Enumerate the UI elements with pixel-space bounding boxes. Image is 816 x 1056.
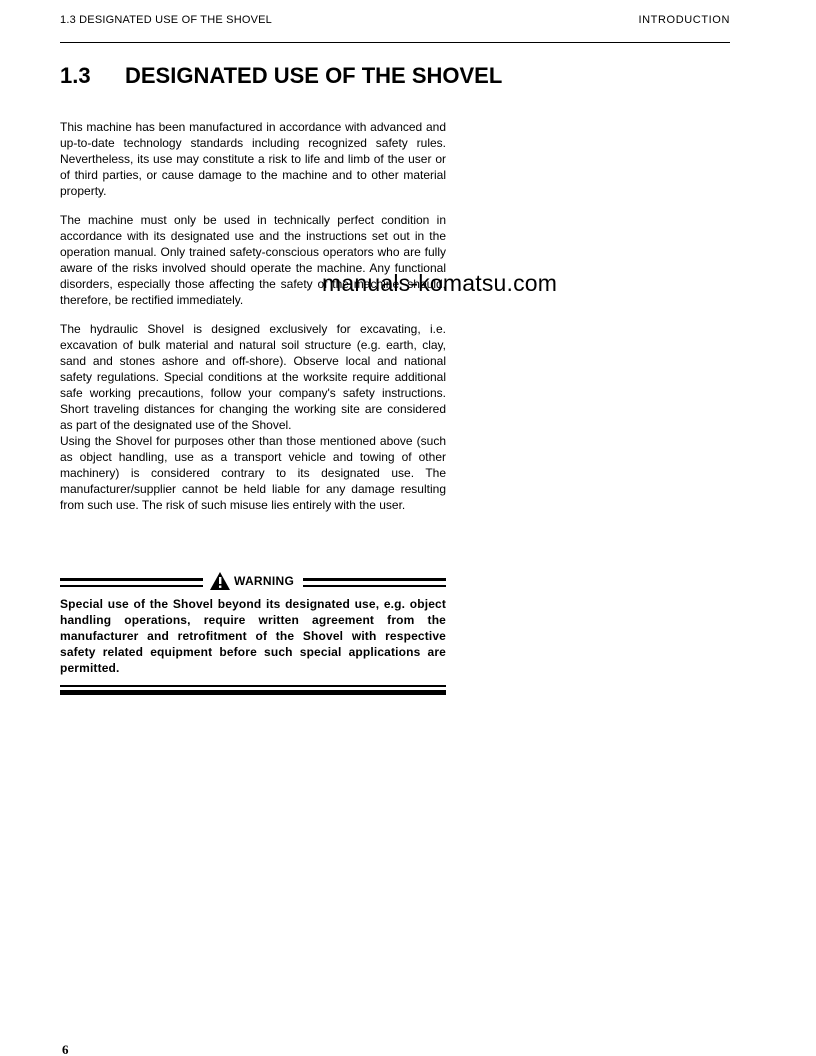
- page-number: 6: [62, 1042, 69, 1056]
- running-header-right: INTRODUCTION: [638, 14, 730, 26]
- watermark: manuals-komatsu.com: [322, 270, 557, 297]
- paragraph: This machine has been manufactured in ac…: [60, 119, 446, 199]
- body-column: This machine has been manufactured in ac…: [60, 119, 446, 526]
- warning-bottom-rules: [60, 685, 446, 695]
- warning-header-bar: WARNING: [60, 572, 446, 590]
- section-title-text: DESIGNATED USE OF THE SHOVEL: [125, 63, 502, 88]
- paragraph: Using the Shovel for purposes other than…: [60, 433, 446, 513]
- header-rule: [60, 42, 730, 43]
- section-number: 1.3: [60, 63, 125, 89]
- section-title: 1.3DESIGNATED USE OF THE SHOVEL: [60, 63, 502, 89]
- paragraph: The hydraulic Shovel is designed exclusi…: [60, 321, 446, 433]
- warning-body: Special use of the Shovel beyond its des…: [60, 596, 446, 676]
- running-header-left: 1.3 DESIGNATED USE OF THE SHOVEL: [60, 14, 272, 26]
- warning-label: WARNING: [210, 572, 294, 590]
- warning-rule-right: [303, 578, 446, 587]
- warning-rule-left: [60, 578, 203, 587]
- warning-triangle-icon: [210, 572, 230, 590]
- warning-label-text: WARNING: [234, 574, 294, 588]
